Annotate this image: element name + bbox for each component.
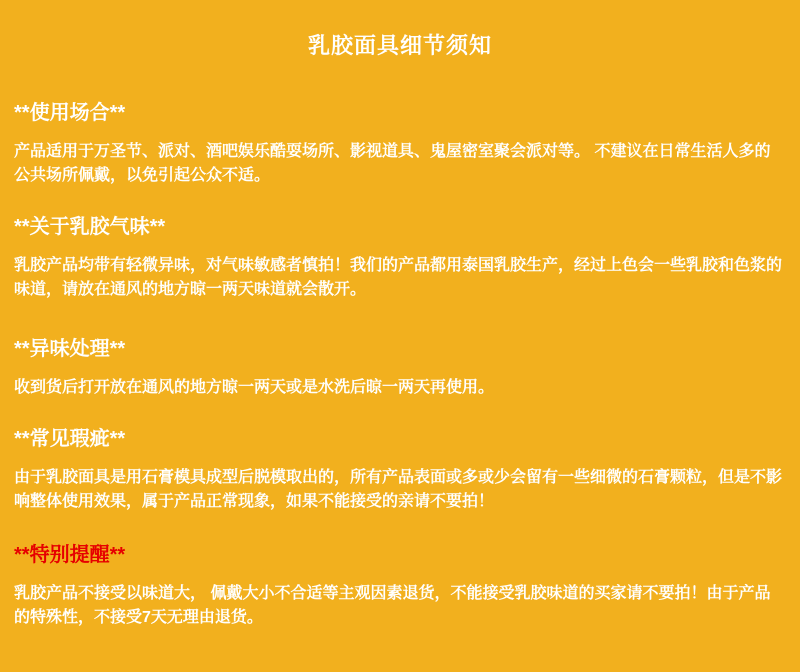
section-usage-occasions: **使用场合** 产品适用于万圣节、派对、酒吧娱乐酷耍场所、影视道具、鬼屋密室聚…: [14, 102, 786, 188]
section-odor-treatment: **异味处理** 收到货后打开放在通风的地方晾一两天或是水洗后晾一两天再使用。: [14, 338, 786, 400]
section-heading: **关于乳胶气味**: [14, 216, 786, 238]
section-latex-odor: **关于乳胶气味** 乳胶产品均带有轻微异味，对气味敏感者慎拍！我们的产品都用泰…: [14, 216, 786, 302]
section-body: 收到货后打开放在通风的地方晾一两天或是水洗后晾一两天再使用。: [14, 376, 786, 400]
section-body: 由于乳胶面具是用石膏模具成型后脱模取出的，所有产品表面或多或少会留有一些细微的石…: [14, 466, 786, 514]
section-heading: **常见瑕疵**: [14, 428, 786, 450]
notice-page: 乳胶面具细节须知 **使用场合** 产品适用于万圣节、派对、酒吧娱乐酷耍场所、影…: [0, 0, 800, 672]
page-title: 乳胶面具细节须知: [14, 34, 786, 58]
section-body: 产品适用于万圣节、派对、酒吧娱乐酷耍场所、影视道具、鬼屋密室聚会派对等。 不建议…: [14, 140, 786, 188]
section-heading: **特别提醒**: [14, 544, 786, 566]
section-common-flaws: **常见瑕疵** 由于乳胶面具是用石膏模具成型后脱模取出的，所有产品表面或多或少…: [14, 428, 786, 514]
section-body: 乳胶产品均带有轻微异味，对气味敏感者慎拍！我们的产品都用泰国乳胶生产，经过上色会…: [14, 254, 786, 302]
section-heading: **使用场合**: [14, 102, 786, 124]
section-special-reminder: **特别提醒** 乳胶产品不接受以味道大， 佩戴大小不合适等主观因素退货，不能接…: [14, 544, 786, 630]
section-body: 乳胶产品不接受以味道大， 佩戴大小不合适等主观因素退货，不能接受乳胶味道的买家请…: [14, 582, 786, 630]
section-heading: **异味处理**: [14, 338, 786, 360]
